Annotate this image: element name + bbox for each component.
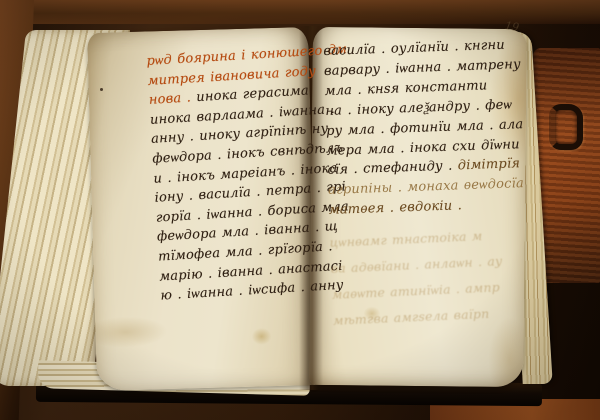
added-name-text: матѳея . евдокіи . [329, 199, 463, 219]
manuscript-photo: 19 рѡд боярина і конюшего дм митрея іван… [0, 0, 600, 420]
added-name-text: агрипіны . монаха ѳеѡдосїа [328, 176, 524, 198]
rubric-text: нова . [148, 90, 196, 108]
body-text: мла . кнѕя константи [324, 78, 487, 99]
folio-number: 19 [504, 19, 520, 34]
body-text: сїя . стефаниду . [327, 159, 458, 179]
right-page-text-block: василїа . оулїанїи . кнгни варвару . іѡа… [323, 35, 526, 221]
added-name-text: дімітрїя [458, 157, 521, 174]
body-text: варвару . іѡанна . матрену [324, 57, 521, 79]
bleedthrough-text-block: цѡнѳамг тнастоіка м ва адѳвїани . анлаѡн… [329, 222, 505, 334]
ink-speck [100, 88, 103, 91]
book-clasp [549, 104, 583, 150]
